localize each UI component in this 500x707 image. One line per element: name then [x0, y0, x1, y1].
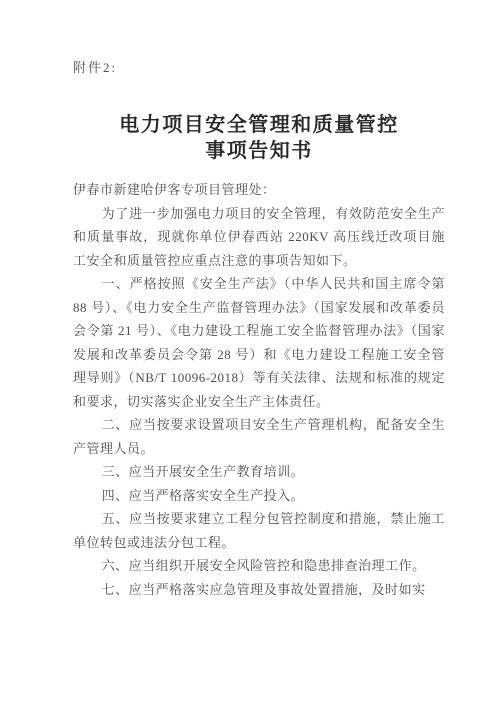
paragraph-item-6: 六、应当组织开展安全风险管控和隐患排查治理工作。: [73, 554, 445, 578]
attachment-label: 附件2:: [73, 60, 445, 76]
paragraph-item-1: 一、严格按照《安全生产法》（中华人民共和国主席令第 88 号）、《电力安全生产监…: [73, 272, 445, 413]
paragraph-item-7: 七、应当严格落实应急管理及事故处置措施，及时如实: [73, 578, 445, 602]
document-body: 伊春市新建哈伊客专项目管理处： 为了进一步加强电力项目的安全管理，有效防范安全生…: [73, 178, 445, 601]
paragraph-item-3: 三、应当开展安全生产教育培训。: [73, 460, 445, 484]
salutation-line: 伊春市新建哈伊客专项目管理处：: [73, 178, 445, 202]
paragraph-item-4: 四、应当严格落实安全生产投入。: [73, 484, 445, 508]
document-page: 附件2: 电力项目安全管理和质量管控 事项告知书 伊春市新建哈伊客专项目管理处：…: [0, 0, 500, 707]
paragraph-item-5: 五、应当按要求建立工程分包管控制度和措施，禁止施工单位转包或违法分包工程。: [73, 507, 445, 554]
document-title-line-2: 事项告知书: [73, 138, 445, 164]
paragraph-item-2: 二、应当按要求设置项目安全生产管理机构，配备安全生产管理人员。: [73, 413, 445, 460]
document-title: 电力项目安全管理和质量管控 事项告知书: [73, 112, 445, 164]
document-title-line-1: 电力项目安全管理和质量管控: [73, 112, 445, 138]
paragraph-intro: 为了进一步加强电力项目的安全管理，有效防范安全生产和质量事故，现就你单位伊春西站…: [73, 202, 445, 273]
